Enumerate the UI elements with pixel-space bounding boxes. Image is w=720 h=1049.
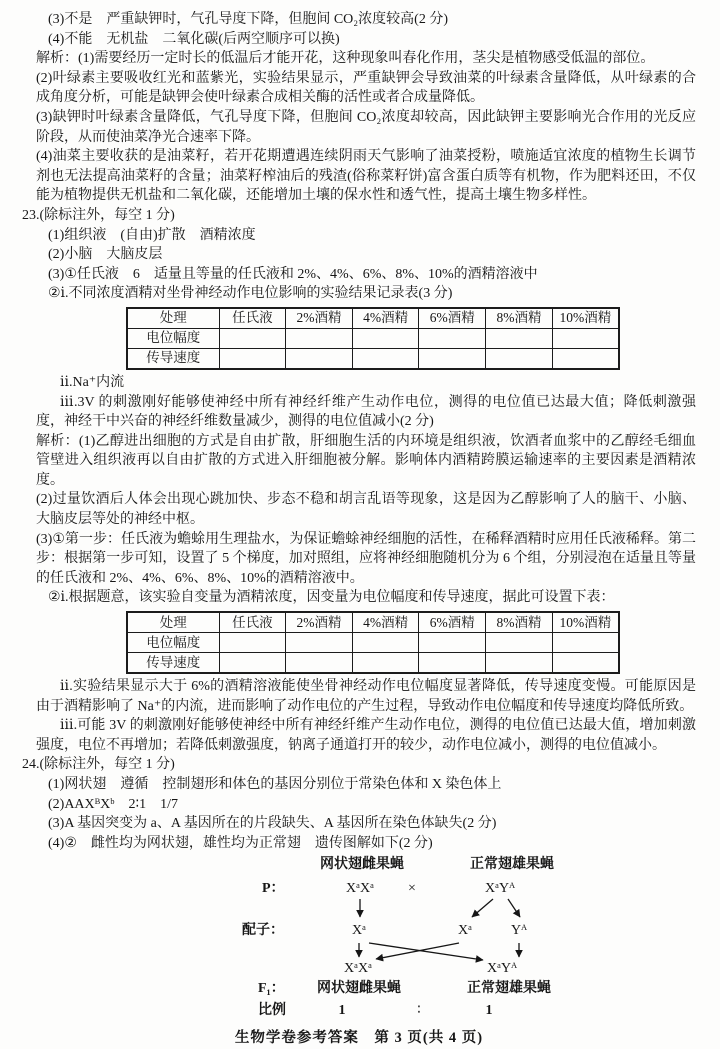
page-footer: 生物学卷参考答案 第 3 页(共 4 页) <box>22 1029 696 1049</box>
ratio-value-right: 1 <box>486 1001 493 1021</box>
answer-line: (2)小脑 大脑皮层 <box>48 245 696 265</box>
genetic-cross-diagram: 网状翅雌果蝇 正常翅雄果蝇 P： XᵃXᵃ × XᵃYᴬ 配子： Xᵃ Xᵃ Y… <box>222 855 582 1023</box>
experiment-results-table-1: 处理 任氏液 2%酒精 4%酒精 6%酒精 8%酒精 10%酒精 电位幅度 传导… <box>126 307 620 370</box>
table-empty-cell <box>352 348 419 369</box>
table-header-cell: 6%酒精 <box>419 308 486 329</box>
table-empty-cell <box>352 653 419 674</box>
answer-line: (3)A 基因突变为 a、A 基因所在的片段缺失、A 基因所在染色体缺失(2 分… <box>48 814 696 834</box>
table-header-cell: 2%酒精 <box>286 308 353 329</box>
table-empty-cell <box>486 633 553 653</box>
ratio-colon: ∶ <box>417 1001 421 1021</box>
table-empty-cell <box>486 653 553 674</box>
table-row-label: 传导速度 <box>127 348 219 369</box>
f1-male-genotype: XᵃYᴬ <box>487 959 517 979</box>
f1-female-phenotype: 网状翅雌果蝇 <box>317 979 401 999</box>
parent-female-phenotype-label: 网状翅雌果蝇 <box>320 855 404 875</box>
table-empty-cell <box>219 653 286 674</box>
answer-line: (1)网状翅 遵循 控制翅形和体色的基因分别位于常染色体和 X 染色体上 <box>48 775 696 795</box>
table-header-cell: 8%酒精 <box>486 612 553 633</box>
answer-line: ⅲ.3V 的刺激刚好能够使神经中所有神经纤维产生动作电位，测得的电位值已达最大值… <box>36 393 696 432</box>
table-header-cell: 2%酒精 <box>286 612 353 633</box>
analysis-paragraph: ②ⅰ.根据题意，该实验自变量为酒精浓度，因变量为电位幅度和传导速度，据此可设置下… <box>48 588 696 608</box>
table-empty-cell <box>552 653 619 674</box>
table-row: 传导速度 <box>127 348 619 369</box>
table-empty-cell <box>286 653 353 674</box>
table-empty-cell <box>219 328 286 348</box>
question-24-answers: 24.(除标注外，每空 1 分) (1)网状翅 遵循 控制翅形和体色的基因分别位… <box>22 755 696 1023</box>
table-empty-cell <box>419 348 486 369</box>
analysis-paragraph: (2)叶绿素主要吸收红光和蓝紫光，实验结果显示，严重缺钾会导致油菜的叶绿素含量降… <box>36 69 696 108</box>
cross-symbol: × <box>408 879 416 899</box>
table-empty-cell <box>486 348 553 369</box>
table-empty-cell <box>552 348 619 369</box>
table-empty-cell <box>419 328 486 348</box>
table-empty-cell <box>419 633 486 653</box>
table-row: 电位幅度 <box>127 328 619 348</box>
answer-line: (2)AAXᴮXᵇ 2∶1 1/7 <box>48 795 696 815</box>
table-empty-cell <box>352 328 419 348</box>
analysis-paragraph: ⅱ.实验结果显示大于 6%的酒精溶液能使坐骨神经动作电位幅度显著降低，传导速度变… <box>36 677 696 716</box>
parent-male-phenotype-label: 正常翅雄果蝇 <box>470 855 554 875</box>
table-row-label: 电位幅度 <box>127 633 219 653</box>
table-header-row: 处理 任氏液 2%酒精 4%酒精 6%酒精 8%酒精 10%酒精 <box>127 612 619 633</box>
table-empty-cell <box>552 633 619 653</box>
table-empty-cell <box>286 348 353 369</box>
table-row: 传导速度 <box>127 653 619 674</box>
table-header-cell: 6%酒精 <box>419 612 486 633</box>
analysis-paragraph: 解析：(1)乙醇进出细胞的方式是自由扩散，肝细胞生活的内环境是组织液，饮酒者血浆… <box>36 432 696 491</box>
question-22-answers: (3)不是 严重缺钾时，气孔导度下降，但胞间 CO₂浓度较高(2 分) (4)不… <box>22 10 696 206</box>
f1-generation-label: F₁： <box>258 979 285 999</box>
answer-line: (1)组织液 (自由)扩散 酒精浓度 <box>48 226 696 246</box>
table-header-row: 处理 任氏液 2%酒精 4%酒精 6%酒精 8%酒精 10%酒精 <box>127 308 619 329</box>
analysis-paragraph: (3)①第一步：任氏液为蟾蜍用生理盐水，为保证蟾蜍神经细胞的活性，在稀释酒精时应… <box>36 530 696 589</box>
table-empty-cell <box>486 328 553 348</box>
gametes-label: 配子： <box>242 921 284 941</box>
answer-line: (4)② 雌性均为网状翅，雄性均为正常翅 遗传图解如下(2 分) <box>48 834 696 854</box>
p-generation-label: P： <box>262 879 285 899</box>
f1-female-genotype: XᵃXᵃ <box>344 959 372 979</box>
table-header-cell: 4%酒精 <box>352 308 419 329</box>
analysis-paragraph: (3)缺钾时叶绿素含量降低，气孔导度下降，但胞间 CO₂浓度却较高，因此缺钾主要… <box>36 108 696 147</box>
answer-line: ②ⅰ.不同浓度酒精对坐骨神经动作电位影响的实验结果记录表(3 分) <box>48 284 696 304</box>
answer-line: ⅱ.Na⁺内流 <box>36 373 696 393</box>
table-row-label: 电位幅度 <box>127 328 219 348</box>
table-header-cell: 任氏液 <box>219 308 286 329</box>
table-empty-cell <box>419 653 486 674</box>
ratio-value-left: 1 <box>339 1001 346 1021</box>
table-header-cell: 10%酒精 <box>552 308 619 329</box>
table-empty-cell <box>219 633 286 653</box>
table-empty-cell <box>286 633 353 653</box>
gamete-male-y: Yᴬ <box>511 921 527 941</box>
answer-line: (3)①任氏液 6 适量且等量的任氏液和 2%、4%、6%、8%、10%的酒精溶… <box>48 265 696 285</box>
table-header-cell: 10%酒精 <box>552 612 619 633</box>
table-header-cell: 任氏液 <box>219 612 286 633</box>
analysis-paragraph: (2)过量饮酒后人体会出现心跳加快、步态不稳和胡言乱语等现象，这是因为乙醇影响了… <box>36 490 696 529</box>
analysis-paragraph: 解析：(1)需要经历一定时长的低温后才能开花，这种现象叫春化作用，茎尖是植物感受… <box>36 49 696 69</box>
f1-male-phenotype: 正常翅雄果蝇 <box>467 979 551 999</box>
gamete-male-x: Xᵃ <box>458 921 472 941</box>
table-empty-cell <box>552 328 619 348</box>
table-header-cell: 8%酒精 <box>486 308 553 329</box>
parent-male-genotype: XᵃYᴬ <box>485 879 515 899</box>
page-footer-text: 生物学卷参考答案 第 3 页(共 4 页) <box>22 1029 696 1049</box>
analysis-paragraph: ⅲ.可能 3V 的刺激刚好能够使神经中所有神经纤维产生动作电位，测得的电位值已达… <box>36 716 696 755</box>
gamete-female: Xᵃ <box>352 921 366 941</box>
table-empty-cell <box>286 328 353 348</box>
question-header: 23.(除标注外，每空 1 分) <box>22 206 696 226</box>
experiment-results-table-2: 处理 任氏液 2%酒精 4%酒精 6%酒精 8%酒精 10%酒精 电位幅度 传导… <box>126 611 620 674</box>
ratio-label: 比例 <box>258 1001 286 1021</box>
answer-line: (3)不是 严重缺钾时，气孔导度下降，但胞间 CO₂浓度较高(2 分) <box>48 10 696 30</box>
table-empty-cell <box>219 348 286 369</box>
answer-line: (4)不能 无机盐 二氧化碳(后两空顺序可以换) <box>48 30 696 50</box>
table-row: 电位幅度 <box>127 633 619 653</box>
table-header-cell: 处理 <box>127 308 219 329</box>
table-header-cell: 4%酒精 <box>352 612 419 633</box>
question-header: 24.(除标注外，每空 1 分) <box>22 755 696 775</box>
parent-female-genotype: XᵃXᵃ <box>346 879 374 899</box>
question-23-answers: 23.(除标注外，每空 1 分) (1)组织液 (自由)扩散 酒精浓度 (2)小… <box>22 206 696 755</box>
table-header-cell: 处理 <box>127 612 219 633</box>
exam-answer-sheet: (3)不是 严重缺钾时，气孔导度下降，但胞间 CO₂浓度较高(2 分) (4)不… <box>0 0 720 1049</box>
table-empty-cell <box>352 633 419 653</box>
analysis-paragraph: (4)油菜主要收获的是油菜籽，若开花期遭遇连续阴雨天气影响了油菜授粉，喷施适宜浓… <box>36 147 696 206</box>
table-row-label: 传导速度 <box>127 653 219 674</box>
